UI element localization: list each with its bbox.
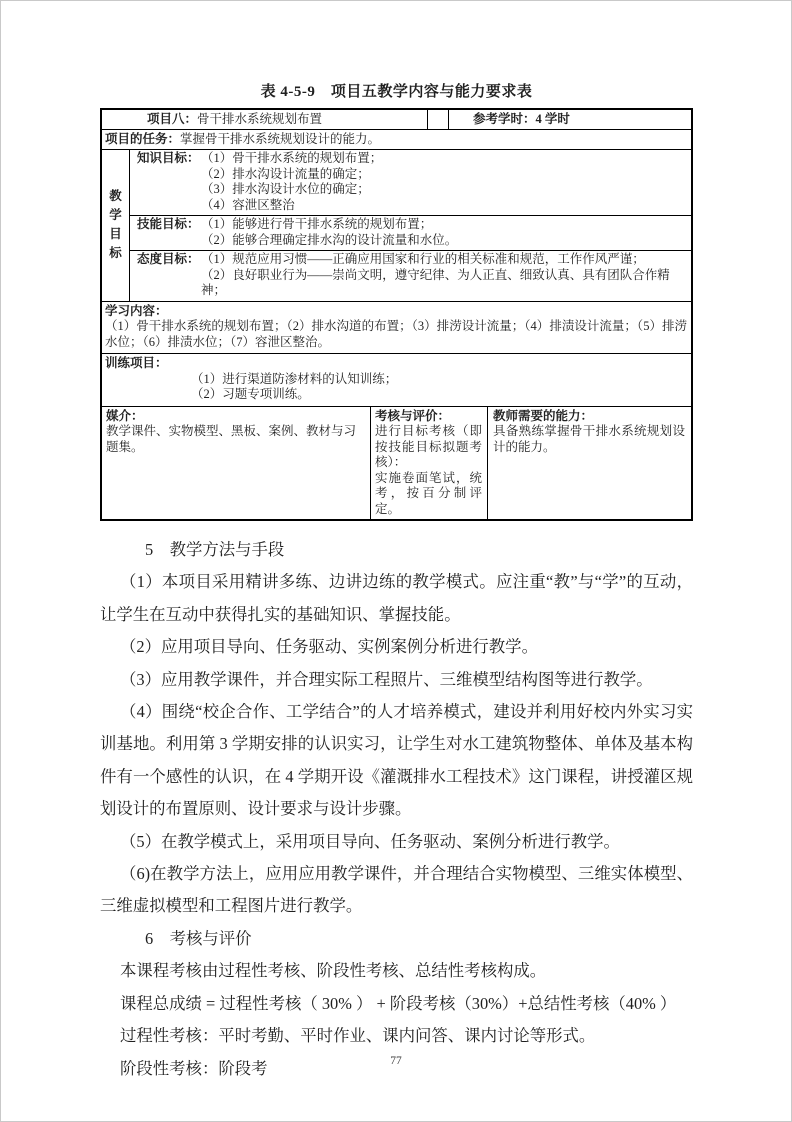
table-row-project: 项目八：骨干排水系统规划布置 参考学时：4 学时 <box>102 110 691 129</box>
body-paragraph: 过程性考核：平时考勤、平时作业、课内问答、课内讨论等形式。 <box>100 1020 693 1052</box>
section-heading-methods: 5 教学方法与手段 <box>100 534 693 566</box>
knowledge-item: （3）排水沟设计水位的确定； <box>201 182 687 198</box>
goals-subrows: 知识目标： （1）骨干排水系统的规划布置； （2）排水沟设计流量的确定； （3）… <box>130 150 691 301</box>
assessment-line: 进行目标考核（即按技能目标拟题考核）： <box>375 424 482 471</box>
assessment-line: 实施卷面笔试，统考，按百分制评定。 <box>375 471 482 518</box>
task-value: 掌握骨干排水系统规划设计的能力。 <box>180 132 380 146</box>
empty-cell <box>427 110 449 129</box>
knowledge-item: （2）排水沟设计流量的确定； <box>201 167 687 183</box>
table-row-training: 训练项目： （1）进行渠道防渗材料的认知训练； （2）习题专项训练。 <box>102 353 691 406</box>
page-number: 77 <box>1 1055 791 1067</box>
body-text: 5 教学方法与手段 （1）本项目采用精讲多练、边讲边练的教学模式。应注重“教”与… <box>100 534 693 1085</box>
hours-label: 参考学时： <box>473 112 536 126</box>
table-caption: 表 4-5-9 项目五教学内容与能力要求表 <box>100 80 693 101</box>
knowledge-goals-items: （1）骨干排水系统的规划布置； （2）排水沟设计流量的确定； （3）排水沟设计水… <box>201 151 691 213</box>
body-paragraph: 本课程考核由过程性考核、阶段性考核、总结性考核构成。 <box>100 955 693 987</box>
media-label: 媒介： <box>106 409 365 425</box>
teacher-ability-text: 具备熟练掌握骨干排水系统规划设计的能力。 <box>493 424 685 455</box>
skill-item: （2）能够合理确定排水沟的设计流量和水位。 <box>201 233 687 249</box>
skill-goals-row: 技能目标： （1）能够进行骨干排水系统的规划布置； （2）能够合理确定排水沟的设… <box>130 215 691 250</box>
assessment-label: 考核与评价： <box>375 409 482 425</box>
attitude-item: （1）规范应用习惯——正确应用国家和行业的相关标准和规范，工作作风严谨； <box>201 252 687 268</box>
learning-text: （1）骨干排水系统的规划布置；（2）排水沟道的布置；（3）排涝设计流量；（4）排… <box>105 319 687 350</box>
knowledge-goals-label: 知识目标： <box>130 151 201 213</box>
body-paragraph: （5）在教学模式上，采用项目导向、任务驱动、案例分析进行教学。 <box>100 826 693 858</box>
body-paragraph: （1）本项目采用精讲多练、边讲边练的教学模式。应注重“教”与“学”的互动，让学生… <box>100 566 693 631</box>
attitude-item: （2）良好职业行为——崇尚文明，遵守纪律、为人正直、细致认真、具有团队合作精神； <box>201 268 687 299</box>
task-label: 项目的任务： <box>105 132 180 146</box>
skill-goals-label: 技能目标： <box>130 217 201 248</box>
teaching-requirements-table: 项目八：骨干排水系统规划布置 参考学时：4 学时 项目的任务：掌握骨干排水系统规… <box>100 108 693 521</box>
training-item: （2）习题专项训练。 <box>191 387 687 403</box>
table-row-bottom: 媒介： 教学课件、实物模型、黑板、案例、教材与习题集。 考核与评价： 进行目标考… <box>102 406 691 520</box>
section-heading-assessment: 6 考核与评价 <box>100 923 693 955</box>
media-text: 教学课件、实物模型、黑板、案例、教材与习题集。 <box>106 424 365 455</box>
media-cell: 媒介： 教学课件、实物模型、黑板、案例、教材与习题集。 <box>102 407 371 520</box>
goals-side-cell: 教学目标 <box>102 150 130 301</box>
learning-label: 学习内容： <box>105 304 687 320</box>
body-paragraph: （4）围绕“校企合作、工学结合”的人才培养模式，建设并利用好校内外实习实训基地。… <box>100 696 693 826</box>
knowledge-item: （4）容泄区整治 <box>201 198 687 214</box>
body-paragraph: 课程总成绩 = 过程性考核（ 30% ） + 阶段考核（30%）+总结性考核（4… <box>100 988 693 1020</box>
goals-side-label: 教学目标 <box>109 187 123 263</box>
assessment-cell: 考核与评价： 进行目标考核（即按技能目标拟题考核）： 实施卷面笔试，统考，按百分… <box>371 407 488 520</box>
training-label: 训练项目： <box>105 356 687 372</box>
table-row-goals: 教学目标 知识目标： （1）骨干排水系统的规划布置； （2）排水沟设计流量的确定… <box>102 149 691 301</box>
knowledge-item: （1）骨干排水系统的规划布置； <box>201 151 687 167</box>
attitude-goals-row: 态度目标： （1）规范应用习惯——正确应用国家和行业的相关标准和规范，工作作风严… <box>130 250 691 301</box>
project-value: 骨干排水系统规划布置 <box>197 112 322 126</box>
skill-item: （1）能够进行骨干排水系统的规划布置； <box>201 217 687 233</box>
project-cell: 项目八：骨干排水系统规划布置 <box>102 110 427 129</box>
hours-value: 4 学时 <box>536 112 570 126</box>
attitude-goals-items: （1）规范应用习惯——正确应用国家和行业的相关标准和规范，工作作风严谨； （2）… <box>201 252 691 299</box>
training-items: （1）进行渠道防渗材料的认知训练； （2）习题专项训练。 <box>105 372 687 403</box>
table-row-learning: 学习内容： （1）骨干排水系统的规划布置；（2）排水沟道的布置；（3）排涝设计流… <box>102 301 691 354</box>
attitude-goals-label: 态度目标： <box>130 252 201 299</box>
training-item: （1）进行渠道防渗材料的认知训练； <box>191 372 687 388</box>
skill-goals-items: （1）能够进行骨干排水系统的规划布置； （2）能够合理确定排水沟的设计流量和水位… <box>201 217 691 248</box>
page-content: 表 4-5-9 项目五教学内容与能力要求表 项目八：骨干排水系统规划布置 参考学… <box>100 80 693 1085</box>
hours-cell: 参考学时：4 学时 <box>449 110 691 129</box>
body-paragraph: （6)在教学方法上，应用应用教学课件，并合理结合实物模型、三维实体模型、三维虚拟… <box>100 858 693 923</box>
table-row-task: 项目的任务：掌握骨干排水系统规划设计的能力。 <box>102 129 691 149</box>
teacher-ability-cell: 教师需要的能力： 具备熟练掌握骨干排水系统规划设计的能力。 <box>488 407 691 520</box>
document-page: 表 4-5-9 项目五教学内容与能力要求表 项目八：骨干排水系统规划布置 参考学… <box>0 0 792 1122</box>
teacher-ability-label: 教师需要的能力： <box>493 409 685 425</box>
project-label: 项目八： <box>147 112 197 126</box>
knowledge-goals-row: 知识目标： （1）骨干排水系统的规划布置； （2）排水沟设计流量的确定； （3）… <box>130 150 691 215</box>
body-paragraph: （3）应用教学课件，并合理实际工程照片、三维模型结构图等进行教学。 <box>100 664 693 696</box>
body-paragraph: （2）应用项目导向、任务驱动、实例案例分析进行教学。 <box>100 631 693 663</box>
